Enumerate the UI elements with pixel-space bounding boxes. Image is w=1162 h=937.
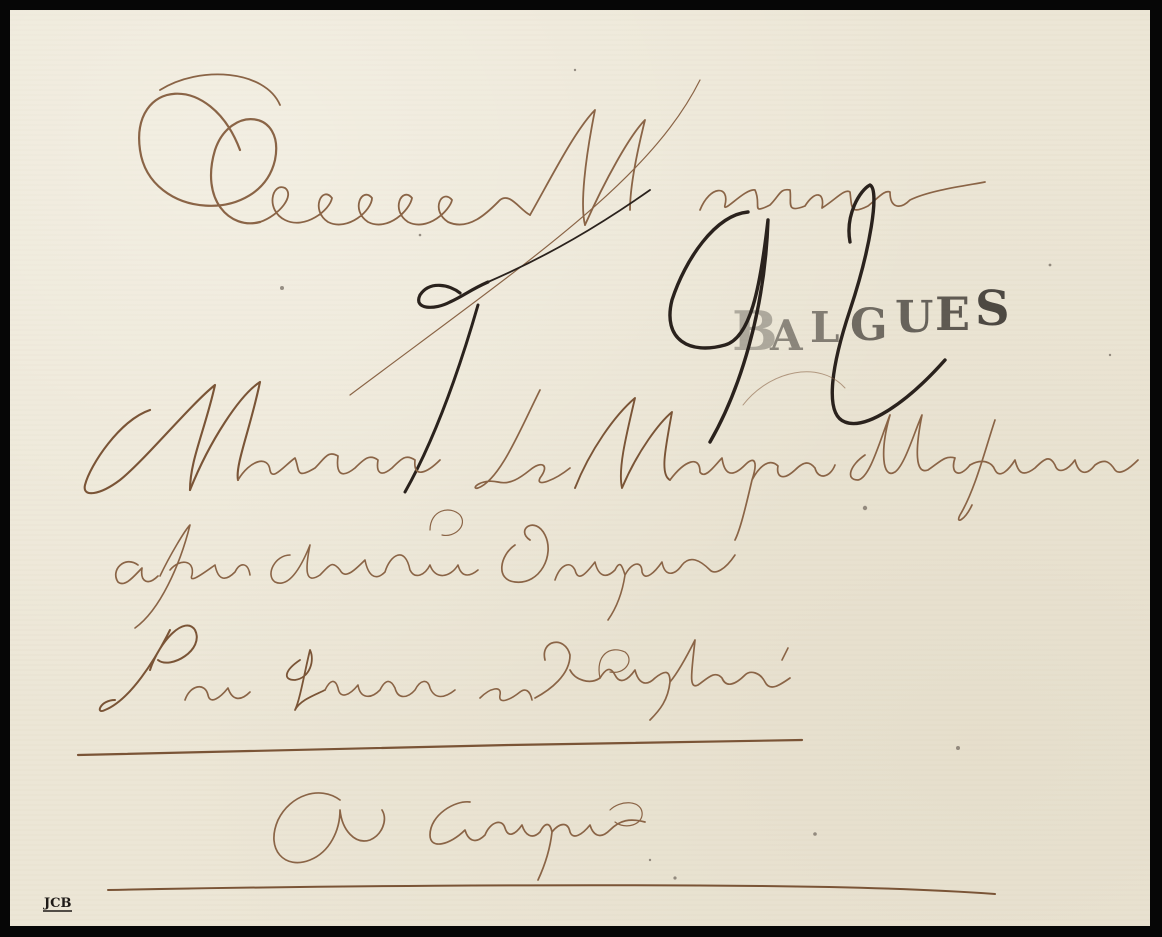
address-line-1-script: [85, 382, 1138, 540]
svg-text:U: U: [895, 292, 936, 343]
letter-paper: Monsieur Monsieur Le Marquis de la fonda…: [10, 10, 1150, 926]
rate-mark-small-glyph: [405, 190, 650, 492]
expert-mark-text: JCB: [43, 896, 72, 911]
svg-text:A: A: [769, 311, 806, 360]
address-line-3-script: [78, 626, 802, 755]
svg-text:L: L: [810, 303, 843, 352]
black-frame: Monsieur Monsieur Le Marquis de la fonda…: [0, 0, 1162, 937]
address-line-4-script: [108, 793, 995, 894]
address-line-2-script: [116, 510, 735, 628]
svg-text:E: E: [935, 287, 973, 341]
handwriting-layer: B A L G U E S: [10, 10, 1150, 926]
postmark-stamp: B A L G U E S: [732, 281, 1013, 405]
svg-text:S: S: [975, 281, 1013, 337]
paper-specks: [280, 69, 1111, 880]
expert-mark: JCB: [43, 896, 72, 911]
svg-text:G: G: [850, 300, 891, 351]
